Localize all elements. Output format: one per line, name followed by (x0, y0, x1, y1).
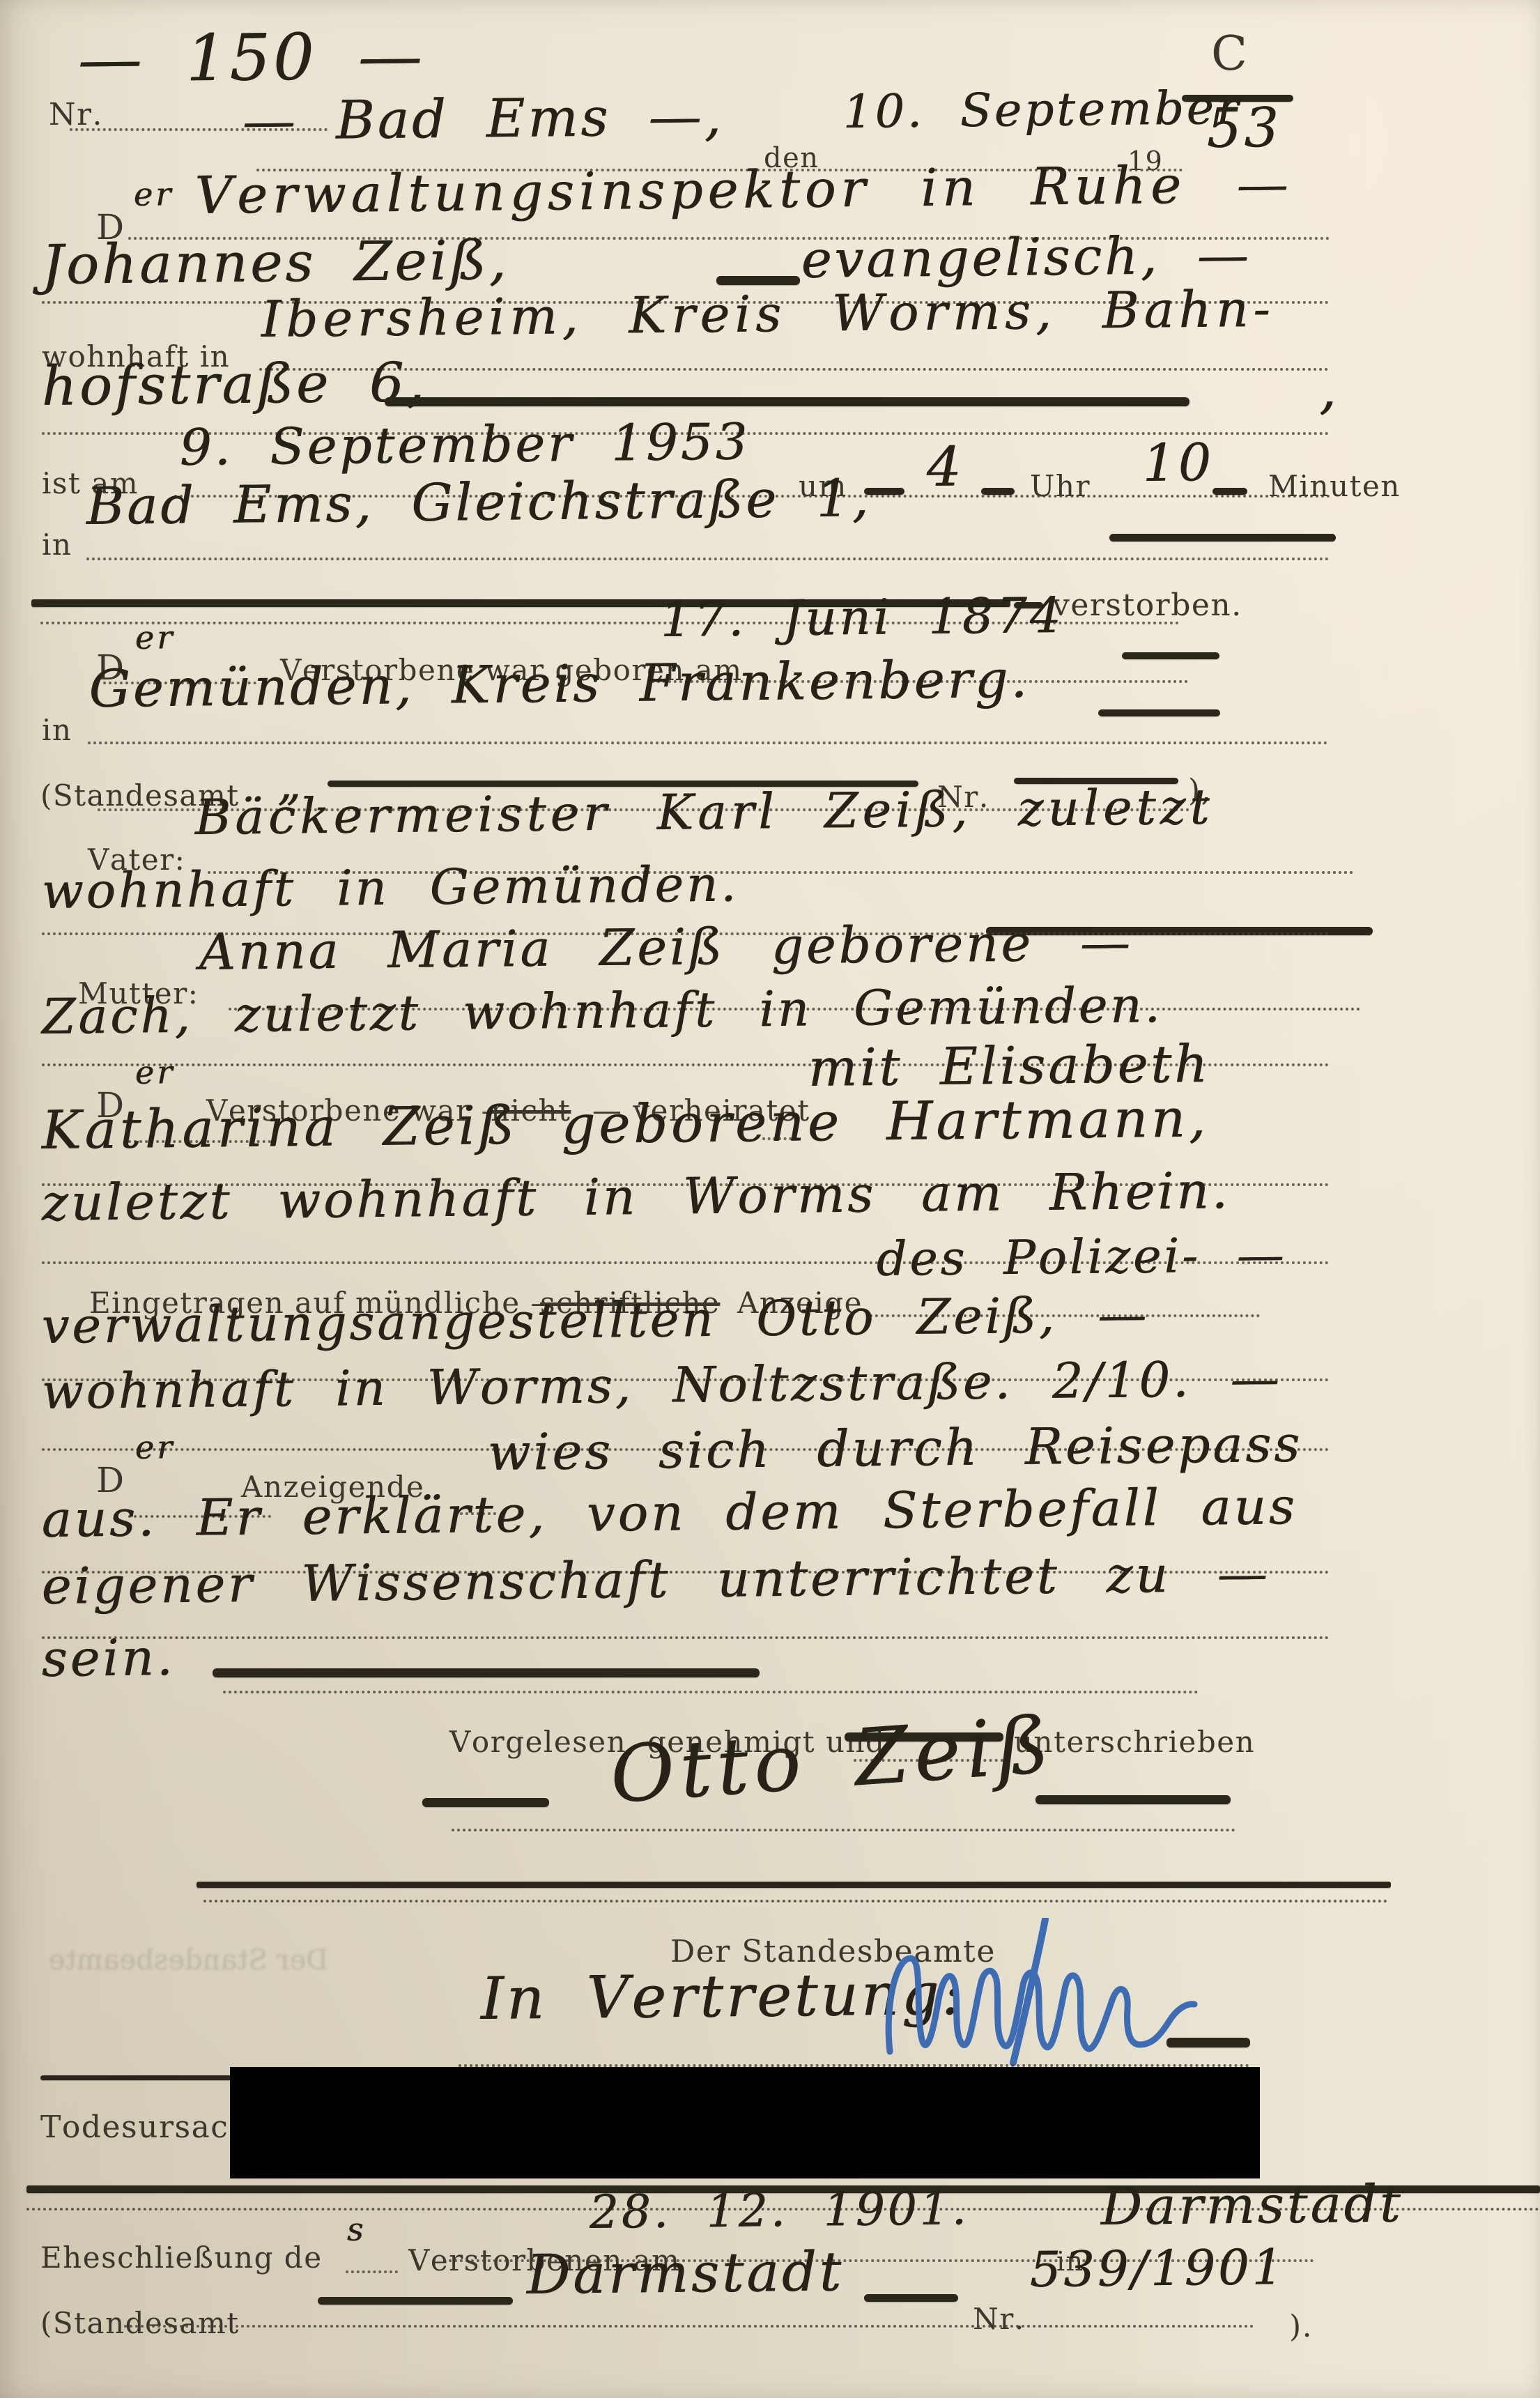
father-line-1: Bäckermeister Karl Zeiß, zuletzt (194, 783, 1213, 842)
id-line-2: aus. Er erklärte, von dem Sterbefall aus (41, 1481, 1298, 1544)
residence-comma: , (1318, 362, 1339, 417)
death-place: Bad Ems, Gleichstraße 1, (86, 472, 871, 532)
pen-dash (1098, 709, 1220, 716)
d-suffix-4: er (135, 1431, 176, 1463)
pen-dash (1109, 534, 1336, 541)
residence-line-1: Ibersheim, Kreis Worms, Bahn- (261, 284, 1275, 344)
father-line-2: wohnhaft in Gemünden. (41, 860, 739, 916)
verstorben-label: verstorben. (1052, 590, 1242, 622)
dotted-rule (88, 741, 1328, 744)
standesamt-label-2: (Standesamt (40, 2308, 240, 2339)
residence-line-2: hofstraße 6, (41, 355, 426, 414)
pen-dash (1166, 2038, 1250, 2047)
pen-dash (385, 397, 1189, 406)
pen-dash (422, 1798, 549, 1807)
marriage-date: 28. 12. 1901. (589, 2185, 969, 2236)
mother-line-2: Zach, zuletzt wohnhaft in Gemünden. (41, 981, 1162, 1041)
blue-signature (879, 1918, 1235, 2071)
id-line-3: eigener Wissenschaft unterrichtet zu — (41, 1548, 1270, 1611)
death-minutes: 10 (1142, 437, 1214, 489)
pen-dash (716, 276, 800, 285)
mother-line-1: Anna Maria Zeiß geborene — (199, 917, 1133, 977)
pen-dash (1122, 652, 1219, 659)
d-suffix-3: er (135, 1056, 176, 1089)
marriage-registry-place: Darmstadt (526, 2245, 844, 2303)
marriage-label-a: Eheschließung de (40, 2243, 323, 2273)
dotted-rule (118, 2325, 1254, 2328)
marriage-place: Darmstadt (1100, 2178, 1403, 2233)
marriage-s-suffix: s (347, 2213, 367, 2245)
spouse-line-1: mit Elisabeth (808, 1038, 1210, 1094)
religion: evangelisch, — (801, 229, 1252, 286)
spouse-line-2: Katharina Zeiß geborene Hartmann, (41, 1091, 1209, 1157)
dotted-rule (42, 1636, 1330, 1639)
death-hour: 4 (926, 440, 964, 495)
informant-line-1: des Polizei- — (876, 1232, 1287, 1284)
pen-rule (40, 2075, 232, 2080)
dotted-rule (86, 558, 1330, 560)
d-suffix-1: er (134, 178, 174, 210)
death-date: 9. September 1953 (179, 416, 750, 472)
nr-label-3: Nr. (973, 2304, 1025, 2335)
dotted-rule (452, 1829, 1235, 1831)
informant-line-2: verwaltungsangestellten Otto Zeiß, — (41, 1290, 1149, 1351)
d-suffix-2: er (135, 621, 176, 654)
occupation-line: Verwaltungsinspektor in Ruhe — (194, 159, 1293, 222)
registry-number-value: — 150 — (77, 24, 425, 92)
file-mark-letter: C (1211, 29, 1249, 79)
pen-dash (318, 2297, 513, 2305)
name-line: Johannes Zeiß, (41, 233, 509, 293)
death-register-page: Nr. — 150 — C 53 — Bad Ems —, den 10. Se… (0, 0, 1540, 2398)
pen-dash (213, 1668, 760, 1677)
registry-number-label: Nr. (49, 99, 103, 131)
dotted-rule (346, 2270, 398, 2273)
spouse-line-3: zuletzt wohnhaft in Worms am Rhein. (41, 1165, 1231, 1228)
informant-signature: Otto Zeiß (608, 1706, 1056, 1815)
redaction-box (230, 2067, 1260, 2178)
pen-dash (864, 2294, 958, 2302)
dotted-rule (203, 1900, 1388, 1903)
birth-date: 17. Juni 1874 (660, 591, 1063, 644)
marriage-registry-number: 539/1901 (1029, 2243, 1286, 2294)
id-line-1: wies sich durch Reisepass (487, 1419, 1302, 1477)
pen-rule (197, 1882, 1391, 1888)
informant-line-3: wohnhaft in Worms, Noltzstraße. 2/10. — (41, 1354, 1281, 1416)
dotted-rule (223, 1691, 1199, 1693)
pen-dash (1212, 488, 1247, 495)
bleedthrough-text: Der Standesbeamte (49, 1944, 328, 1976)
paren-close-2: ). (1289, 2311, 1313, 2343)
death-place-in-label: in (42, 530, 72, 560)
pen-dash (981, 488, 1015, 495)
pen-dash (1035, 1795, 1231, 1804)
birth-in-label: in (42, 715, 72, 746)
birth-place: Gemünden, Kreis Frankenberg. (88, 654, 1030, 715)
issue-place: — Bad Ems —, (242, 90, 724, 148)
issue-date: 10. September (842, 85, 1241, 135)
id-line-4: sein. (41, 1632, 176, 1684)
